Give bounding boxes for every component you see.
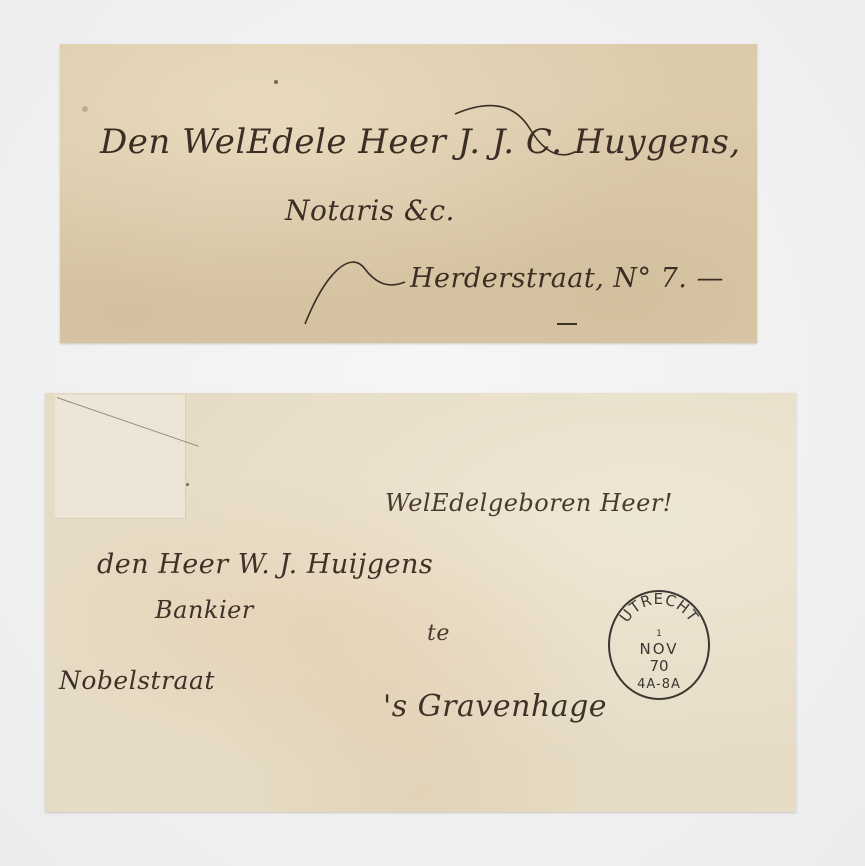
paper-speck	[274, 80, 278, 84]
top-envelope: Den WelEdele Heer J. J. C. Huygens, Nota…	[60, 44, 757, 343]
postmark-day: 1	[656, 629, 662, 639]
paper-speck	[82, 106, 88, 112]
postmark-year: 70	[649, 657, 668, 675]
underline-stroke	[557, 323, 577, 325]
address-line-preposition: te	[427, 621, 450, 646]
svg-text:UTRECHT: UTRECHT	[616, 590, 703, 626]
address-line-title: Notaris &c.	[285, 194, 455, 227]
envelope-flap-patch	[55, 395, 186, 519]
address-line-street: Herderstraat, N° 7. —	[410, 263, 724, 294]
address-line-recipient: den Heer W. J. Huijgens	[97, 549, 433, 580]
postmark-city: UTRECHT	[616, 590, 703, 626]
bottom-envelope: WelEdelgeboren Heer! den Heer W. J. Huij…	[45, 393, 796, 812]
address-line-recipient: Den WelEdele Heer J. J. C. Huygens,	[100, 122, 741, 162]
address-line-street: Nobelstraat	[59, 666, 215, 695]
postmark-time: 4A-8A	[637, 677, 681, 692]
postmark-month: NOV	[639, 640, 678, 658]
address-line-city: 's Gravenhage	[383, 689, 607, 724]
paper-speck	[186, 483, 189, 486]
postmark-stamp: UTRECHT 1 NOV 70 4A-8A	[600, 586, 718, 704]
address-line-occupation: Bankier	[155, 596, 254, 624]
salutation-line: WelEdelgeboren Heer!	[385, 489, 673, 517]
